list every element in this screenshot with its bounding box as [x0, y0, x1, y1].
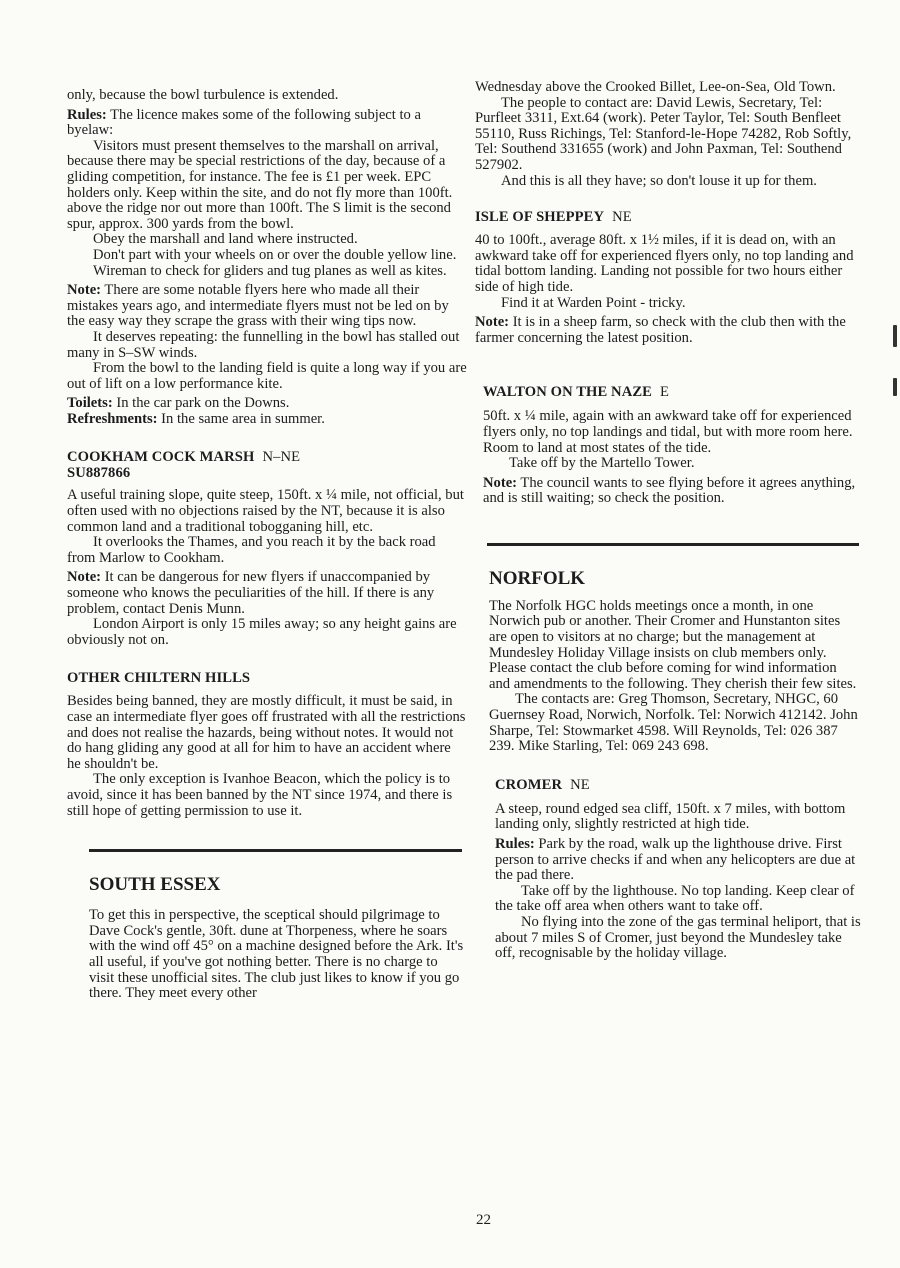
section-title-cookham: COOKHAM COCK MARSHN–NE — [67, 449, 467, 465]
page-number: 22 — [476, 1212, 491, 1229]
section-title-sheppey: ISLE OF SHEPPEYNE — [475, 209, 867, 225]
intro-line: only, because the bowl turbulence is ext… — [67, 88, 467, 104]
contacts: The people to contact are: David Lewis, … — [475, 96, 867, 174]
section-divider — [89, 849, 462, 852]
note-paragraph-2: From the bowl to the landing field is qu… — [67, 361, 467, 392]
cromer-rules: Rules: Park by the road, walk up the lig… — [495, 837, 863, 884]
refreshments-line: Refreshments: In the same area in summer… — [67, 412, 467, 428]
section-norfolk: NORFOLK The Norfolk HGC holds meetings o… — [489, 568, 861, 755]
closing: And this is all they have; so don't lous… — [475, 174, 867, 190]
section-title-south-essex: SOUTH ESSEX — [89, 874, 464, 896]
section-chiltern: OTHER CHILTERN HILLS Besides being banne… — [67, 670, 467, 819]
section-cromer: CROMERNE A steep, round edged sea cliff,… — [495, 777, 863, 962]
note-paragraph: Note: There are some notable flyers here… — [67, 283, 467, 330]
section-divider-2 — [487, 543, 859, 546]
section-title-cromer: CROMERNE — [495, 777, 863, 793]
section-title-norfolk: NORFOLK — [489, 568, 861, 590]
section-walton: WALTON ON THE NAZEE 50ft. x ¼ mile, agai… — [483, 384, 867, 507]
rules-paragraph-1: Visitors must present themselves to the … — [67, 139, 467, 233]
sheppey-note: Note: It is in a sheep farm, so check wi… — [475, 315, 867, 346]
scan-edge-mark — [893, 325, 897, 347]
section-title-chiltern: OTHER CHILTERN HILLS — [67, 670, 467, 686]
right-column: Wednesday above the Crooked Billet, Lee-… — [475, 80, 867, 962]
toilets-line: Toilets: In the car park on the Downs. — [67, 396, 467, 412]
cookham-note: Note: It can be dangerous for new flyers… — [67, 570, 467, 617]
rules-paragraph-2: Obey the marshall and land where instruc… — [67, 232, 467, 248]
rules-paragraph-3: Don't part with your wheels on or over t… — [67, 248, 467, 264]
left-column: only, because the bowl turbulence is ext… — [67, 88, 467, 1002]
note-paragraph-1: It deserves repeating: the funnelling in… — [67, 330, 467, 361]
section-south-essex: SOUTH ESSEX To get this in perspective, … — [89, 874, 464, 1002]
grid-reference: SU887866 — [67, 465, 467, 481]
section-cookham: COOKHAM COCK MARSHN–NE SU887866 A useful… — [67, 449, 467, 648]
section-title-walton: WALTON ON THE NAZEE — [483, 384, 867, 400]
rules-paragraph: Rules: The licence makes some of the fol… — [67, 108, 467, 139]
section-sheppey: ISLE OF SHEPPEYNE 40 to 100ft., average … — [475, 209, 867, 346]
continuation: Wednesday above the Crooked Billet, Lee-… — [475, 80, 867, 96]
rules-paragraph-4: Wireman to check for gliders and tug pla… — [67, 264, 467, 280]
walton-note: Note: The council wants to see flying be… — [483, 476, 867, 507]
rules-label: Rules: — [67, 107, 107, 123]
scan-edge-mark — [893, 378, 897, 396]
